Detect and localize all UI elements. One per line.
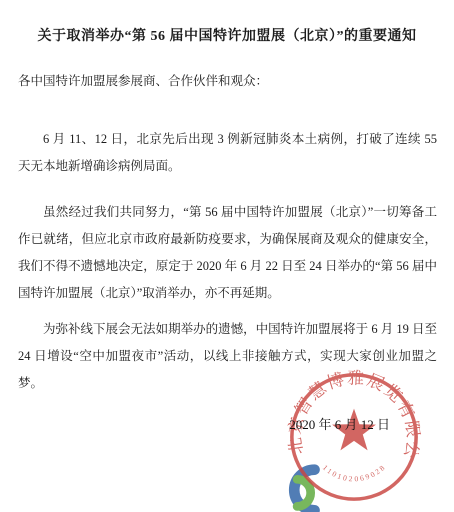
document-title: 关于取消举办“第 56 届中国特许加盟展（北京）”的重要通知 [0, 25, 454, 45]
paragraph-cancellation-decision: 虽然经过我们共同努力，“第 56 届中国特许加盟展（北京）”一切筹备工作已就绪，… [18, 199, 437, 307]
issue-date: 2020 年 6 月 12 日 [0, 414, 390, 433]
salutation: 各中国特许加盟展参展商、合作伙伴和观众： [18, 71, 437, 89]
notice-document: 关于取消举办“第 56 届中国特许加盟展（北京）”的重要通知 各中国特许加盟展参… [0, 0, 454, 512]
paragraph-covid-cases: 6 月 11、12 日，北京先后出现 3 例新冠肺炎本土病例，打破了连续 55 … [18, 126, 437, 180]
company-seal-stamp: 北京智慧博雅展览有限公司 1101020690283 [283, 366, 425, 508]
